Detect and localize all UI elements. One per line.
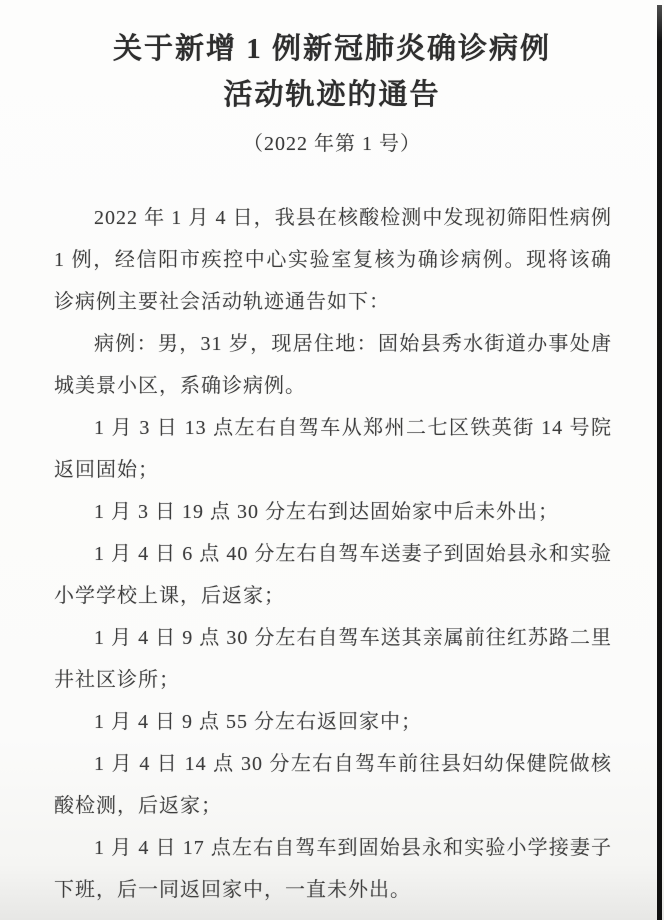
notice-paragraph: 1 月 4 日 6 点 40 分左右自驾车送妻子到固始县永和实验小学学校上课，后… xyxy=(54,533,612,617)
notice-paragraph: 1 月 4 日 14 点 30 分左右自驾车前往县妇幼保健院做核酸检测，后返家； xyxy=(54,743,612,827)
notice-paragraph: 2022 年 1 月 4 日，我县在核酸检测中发现初筛阳性病例 1 例，经信阳市… xyxy=(54,197,612,323)
doc-number: （2022 年第 1 号） xyxy=(0,131,664,157)
notice-title-line-2: 活动轨迹的通告 xyxy=(0,72,664,118)
notice-paragraph: 1 月 3 日 13 点左右自驾车从郑州二七区铁英街 14 号院返回固始； xyxy=(54,407,612,491)
notice-paragraph: 病例：男，31 岁，现居住地：固始县秀水街道办事处唐城美景小区，系确诊病例。 xyxy=(54,323,612,407)
notice-body: 2022 年 1 月 4 日，我县在核酸检测中发现初筛阳性病例 1 例，经信阳市… xyxy=(54,197,612,911)
notice-title-block: 关于新增 1 例新冠肺炎确诊病例 活动轨迹的通告 （2022 年第 1 号） xyxy=(0,0,664,157)
notice-paragraph: 1 月 4 日 17 点左右自驾车到固始县永和实验小学接妻子下班，后一同返回家中… xyxy=(54,827,612,911)
notice-document: 关于新增 1 例新冠肺炎确诊病例 活动轨迹的通告 （2022 年第 1 号） 2… xyxy=(0,0,664,920)
notice-paragraph: 1 月 3 日 19 点 30 分左右到达固始家中后未外出； xyxy=(54,491,612,533)
notice-paragraph: 1 月 4 日 9 点 55 分左右返回家中； xyxy=(54,701,612,743)
notice-title-line-1: 关于新增 1 例新冠肺炎确诊病例 xyxy=(0,26,664,72)
scan-edge-artifact xyxy=(657,5,662,920)
notice-paragraph: 1 月 4 日 9 点 30 分左右自驾车送其亲属前往红苏路二里井社区诊所； xyxy=(54,617,612,701)
